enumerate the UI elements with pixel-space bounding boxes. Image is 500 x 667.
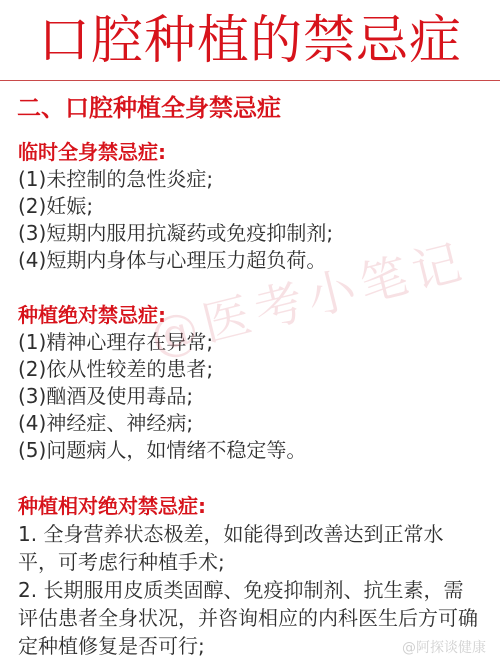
block-subheading: 种植相对绝对禁忌症: [18, 493, 482, 520]
list-item: (1)未控制的急性炎症; [18, 166, 482, 193]
page-title: 口腔种植的禁忌症 [0, 10, 500, 72]
list-item: 2. 长期服用皮质类固醇、免疫抑制剂、抗生素，需评估患者全身状况，并咨询相应的内… [18, 576, 482, 660]
list-item: (4)短期内身体与心理压力超负荷。 [18, 247, 482, 274]
title-divider [0, 80, 500, 81]
section-heading: 二、口腔种植全身禁忌症 [17, 93, 281, 123]
list-item: (4)神经症、神经病; [18, 410, 482, 437]
list-item: (1)精神心理存在异常; [18, 329, 482, 356]
list-item: (5)问题病人，如情绪不稳定等。 [18, 437, 482, 464]
relative-contraindications-block: 种植相对绝对禁忌症: 1. 全身营养状态极差，如能得到改善达到正常水平，可考虑行… [18, 493, 482, 660]
block-subheading: 临时全身禁忌症: [18, 139, 482, 166]
block-subheading: 种植绝对禁忌症: [18, 302, 482, 329]
temporary-contraindications-block: 临时全身禁忌症: (1)未控制的急性炎症; (2)妊娠; (3)短期内服用抗凝药… [18, 139, 482, 274]
list-item: (2)妊娠; [18, 193, 482, 220]
list-item: (3)短期内服用抗凝药或免疫抑制剂; [18, 220, 482, 247]
absolute-contraindications-block: 种植绝对禁忌症: (1)精神心理存在异常; (2)依从性较差的患者; (3)酗酒… [18, 302, 482, 464]
list-item: (3)酗酒及使用毒品; [18, 383, 482, 410]
list-item: (2)依从性较差的患者; [18, 356, 482, 383]
list-item: 1. 全身营养状态极差，如能得到改善达到正常水平，可考虑行种植手术; [18, 520, 482, 576]
